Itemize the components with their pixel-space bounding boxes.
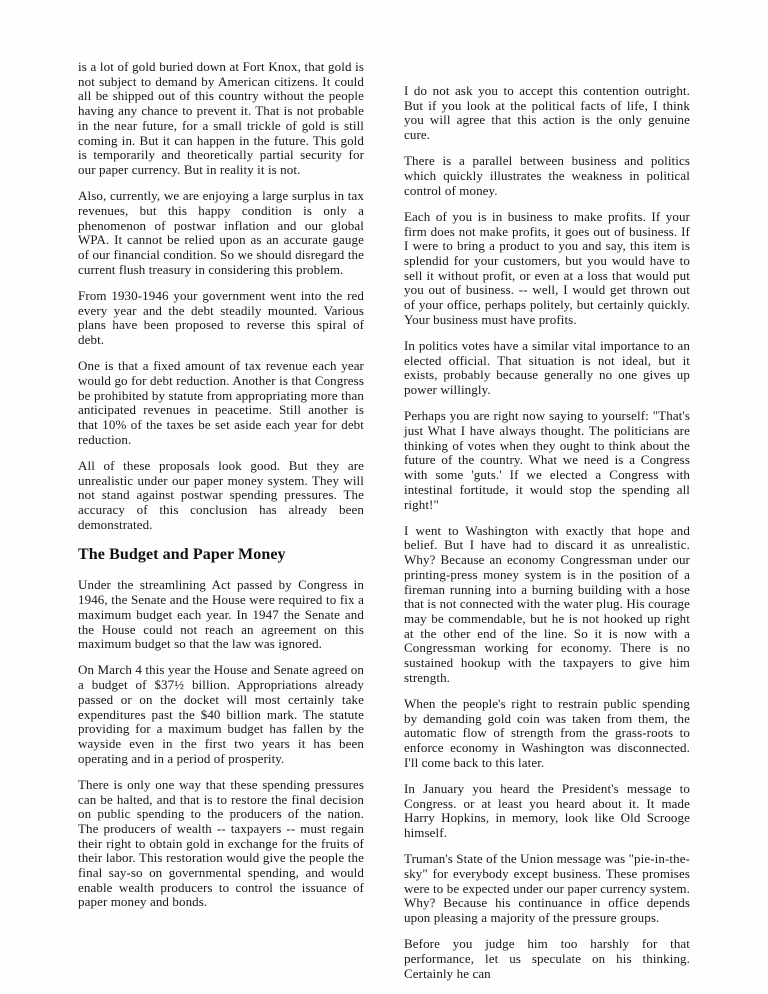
document-page: is a lot of gold buried down at Fort Kno… — [0, 0, 768, 994]
left-column: is a lot of gold buried down at Fort Kno… — [78, 60, 364, 922]
paragraph: There is only one way that these spendin… — [78, 778, 364, 910]
paragraph: There is a parallel between business and… — [404, 154, 690, 198]
paragraph: On March 4 this year the House and Senat… — [78, 663, 364, 766]
paragraph: From 1930-1946 your government went into… — [78, 289, 364, 348]
paragraph: Before you judge him too harshly for tha… — [404, 937, 690, 981]
paragraph: I went to Washington with exactly that h… — [404, 524, 690, 686]
paragraph: Truman's State of the Union message was … — [404, 852, 690, 926]
paragraph: Under the streamlining Act passed by Con… — [78, 578, 364, 652]
paragraph: When the people's right to restrain publ… — [404, 697, 690, 771]
paragraph: In January you heard the President's mes… — [404, 782, 690, 841]
paragraph: Each of you is in business to make profi… — [404, 210, 690, 328]
paragraph: Perhaps you are right now saying to your… — [404, 409, 690, 512]
paragraph: In politics votes have a similar vital i… — [404, 339, 690, 398]
section-heading-budget-and-paper-money: The Budget and Paper Money — [78, 546, 364, 564]
paragraph: Also, currently, we are enjoying a large… — [78, 189, 364, 277]
paragraph: All of these proposals look good. But th… — [78, 459, 364, 533]
right-column: I do not ask you to accept this contenti… — [404, 84, 690, 993]
paragraph: One is that a fixed amount of tax revenu… — [78, 359, 364, 447]
paragraph: is a lot of gold buried down at Fort Kno… — [78, 60, 364, 178]
paragraph: I do not ask you to accept this contenti… — [404, 84, 690, 143]
